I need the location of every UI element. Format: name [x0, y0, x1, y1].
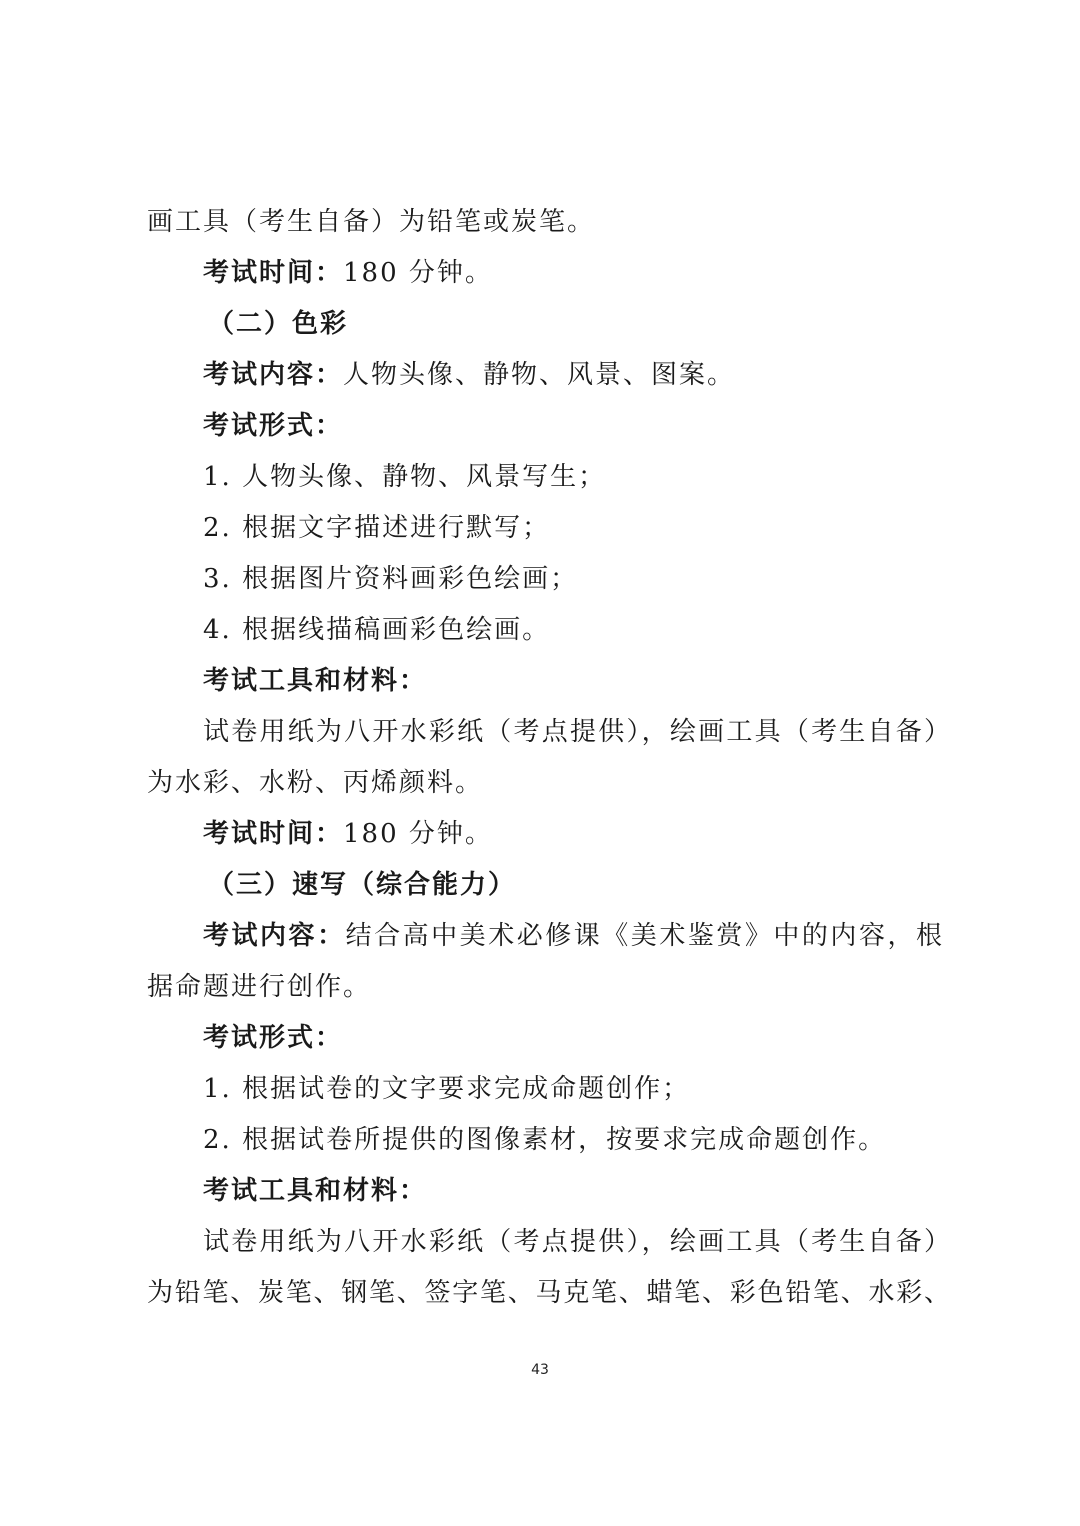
list-item: 2. 根据文字描述进行默写； — [203, 511, 550, 545]
list-item: 4. 根据线描稿画彩色绘画。 — [203, 613, 550, 647]
line-text: 为水彩、水粉、丙烯颜料。 — [147, 768, 483, 798]
line-text: 画工具（考生自备）为铅笔或炭笔。 — [147, 207, 595, 237]
line-text: 据命题进行创作。 — [147, 972, 371, 1002]
field-value: 人物头像、静物、风景、图案。 — [343, 360, 735, 390]
field-label: 考试内容： — [203, 921, 346, 951]
list-item-text: 1. 根据试卷的文字要求完成命题创作； — [203, 1074, 690, 1104]
field-label: 考试时间： — [203, 819, 343, 849]
list-item-text: 2. 根据试卷所提供的图像素材，按要求完成命题创作。 — [203, 1125, 886, 1155]
section-heading-color: （二）色彩 — [208, 307, 348, 341]
section-heading-sketch: （三）速写（综合能力） — [208, 868, 516, 902]
exam-time-line: 考试时间：180 分钟。 — [203, 817, 493, 851]
paragraph-line: 试卷用纸为八开水彩纸（考点提供），绘画工具（考生自备） — [203, 715, 951, 749]
list-item: 1. 人物头像、静物、风景写生； — [203, 460, 606, 494]
list-item-text: 2. 根据文字描述进行默写； — [203, 513, 550, 543]
exam-tools-label-line: 考试工具和材料： — [203, 1174, 427, 1208]
exam-tools-label-line: 考试工具和材料： — [203, 664, 427, 698]
field-label: 考试工具和材料： — [203, 1176, 427, 1206]
exam-time-line: 考试时间：180 分钟。 — [203, 256, 493, 290]
paragraph-line: 据命题进行创作。 — [147, 970, 371, 1004]
paragraph-line: 为水彩、水粉、丙烯颜料。 — [147, 766, 483, 800]
list-item: 1. 根据试卷的文字要求完成命题创作； — [203, 1072, 690, 1106]
field-label: 考试形式： — [203, 1023, 343, 1053]
list-item-text: 4. 根据线描稿画彩色绘画。 — [203, 615, 550, 645]
field-value: 180 分钟。 — [343, 819, 493, 849]
field-label: 考试时间： — [203, 258, 343, 288]
line-text: 为铅笔、炭笔、钢笔、签字笔、马克笔、蜡笔、彩色铅笔、水彩、 — [147, 1278, 951, 1308]
field-label: 考试工具和材料： — [203, 666, 427, 696]
exam-content-line: 考试内容：结合高中美术必修课《美术鉴赏》中的内容，根 — [203, 919, 943, 953]
exam-content-line: 考试内容：人物头像、静物、风景、图案。 — [203, 358, 735, 392]
paragraph-line: 画工具（考生自备）为铅笔或炭笔。 — [147, 205, 595, 239]
line-text: 试卷用纸为八开水彩纸（考点提供），绘画工具（考生自备） — [203, 1227, 951, 1257]
page-number: 43 — [0, 1362, 1080, 1378]
field-label: 考试内容： — [203, 360, 343, 390]
list-item: 2. 根据试卷所提供的图像素材，按要求完成命题创作。 — [203, 1123, 886, 1157]
line-text: 试卷用纸为八开水彩纸（考点提供），绘画工具（考生自备） — [203, 717, 951, 747]
exam-format-label-line: 考试形式： — [203, 1021, 343, 1055]
paragraph-line: 试卷用纸为八开水彩纸（考点提供），绘画工具（考生自备） — [203, 1225, 951, 1259]
field-value: 结合高中美术必修课《美术鉴赏》中的内容，根 — [346, 921, 943, 951]
field-value: 180 分钟。 — [343, 258, 493, 288]
paragraph-line: 为铅笔、炭笔、钢笔、签字笔、马克笔、蜡笔、彩色铅笔、水彩、 — [147, 1276, 951, 1310]
document-page: 画工具（考生自备）为铅笔或炭笔。 考试时间：180 分钟。 （二）色彩 考试内容… — [0, 0, 1080, 1526]
section-heading-text: （三）速写（综合能力） — [208, 870, 516, 900]
list-item-text: 1. 人物头像、静物、风景写生； — [203, 462, 606, 492]
exam-format-label-line: 考试形式： — [203, 409, 343, 443]
list-item: 3. 根据图片资料画彩色绘画； — [203, 562, 578, 596]
section-heading-text: （二）色彩 — [208, 309, 348, 339]
list-item-text: 3. 根据图片资料画彩色绘画； — [203, 564, 578, 594]
field-label: 考试形式： — [203, 411, 343, 441]
